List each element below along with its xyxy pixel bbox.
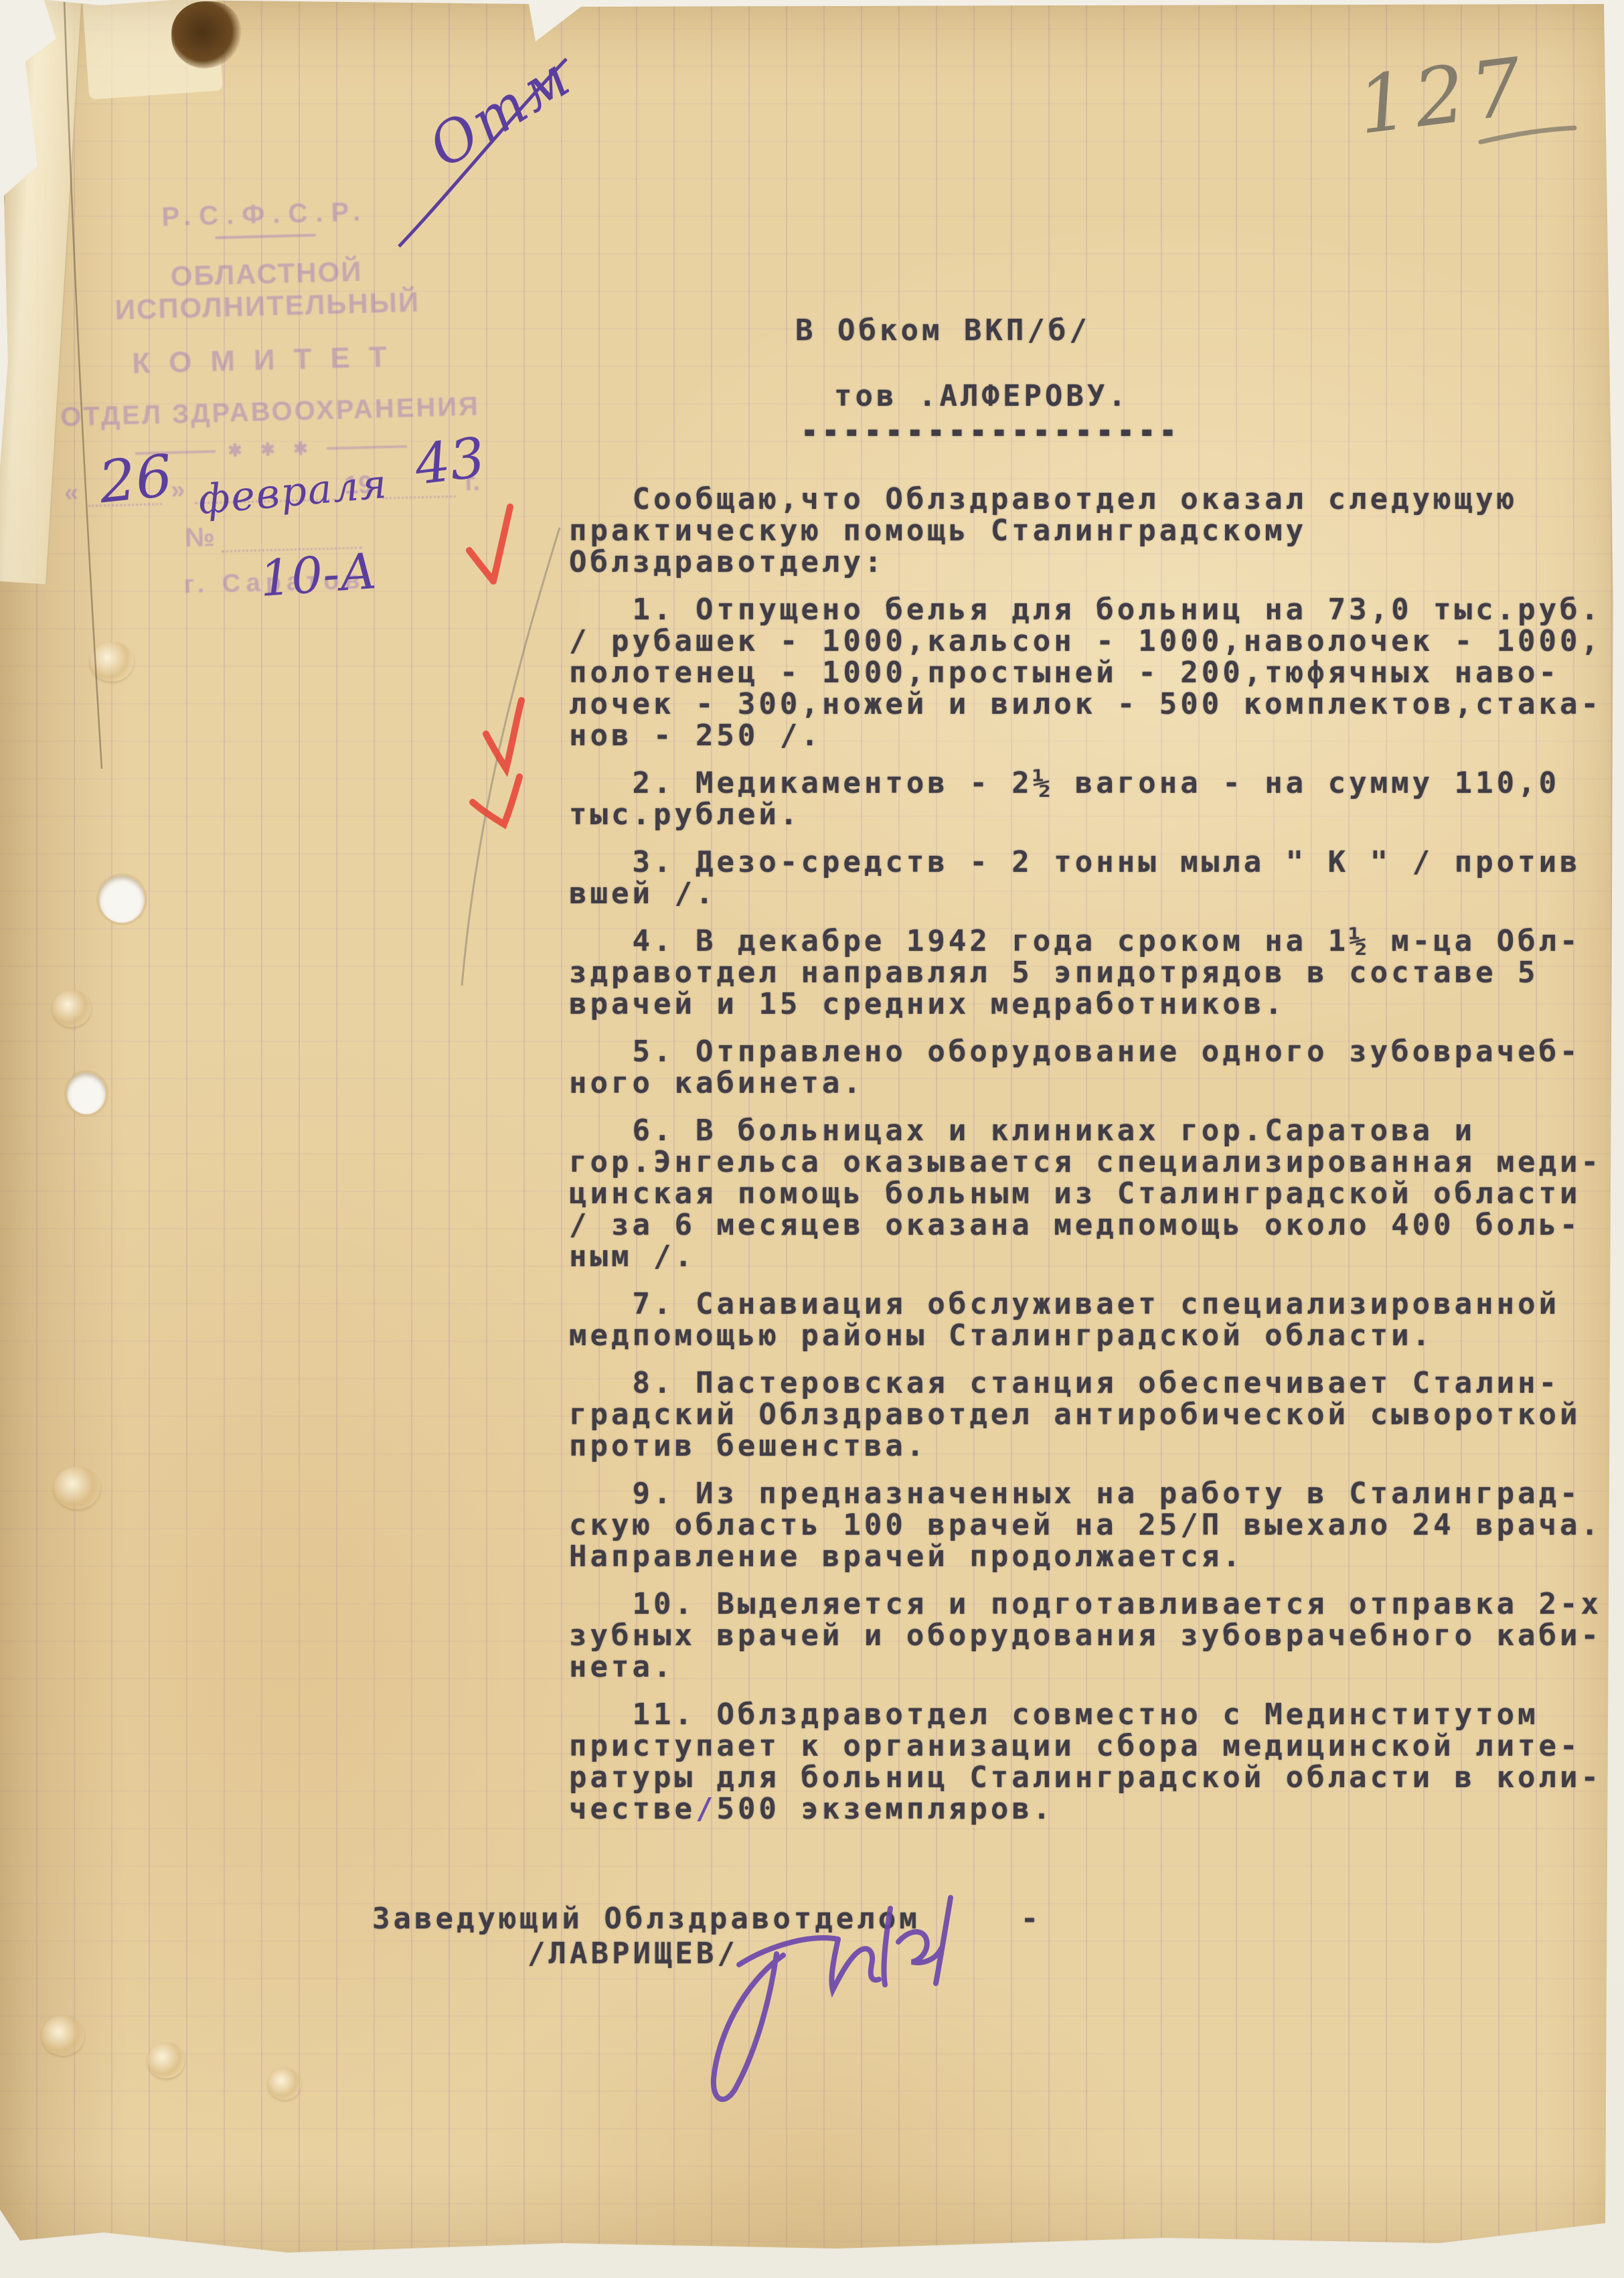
stamp-republic: Р.С.Ф.С.Р.: [27, 194, 503, 236]
paper-crease-mark: [90, 641, 134, 682]
stamp-department: ОТДЕЛ ЗДРАВООХРАНЕНИЯ: [32, 391, 508, 434]
signature-dash: -: [1021, 1902, 1042, 1937]
stain-spot: [171, 1, 241, 68]
item-5: 5. Отправлено оборудование одного зубовр…: [569, 1036, 1624, 1099]
document-page: Р.С.Ф.С.Р. ОБЛАСТНОЙ ИСПОЛНИТЕЛЬНЫЙ КОМИ…: [0, 0, 1624, 2278]
item-8: 8. Пастеровская станция обеспечивает Ста…: [569, 1367, 1624, 1462]
signature-block: Заведующий Облздравотделом - /ЛАВРИЩЕВ/: [372, 1902, 1109, 1971]
item-2: 2. Медикаментов - 2½ вагона - на сумму 1…: [569, 767, 1624, 830]
stamp-quote-open: «: [64, 479, 78, 508]
stamp-rule: [216, 234, 316, 239]
institution-stamp: Р.С.Ф.С.Р. ОБЛАСТНОЙ ИСПОЛНИТЕЛЬНЫЙ КОМИ…: [27, 194, 512, 603]
item-11-text-end: 500 экземпляров.: [716, 1792, 1054, 1826]
handwritten-day: 26: [96, 443, 175, 517]
stamp-committee-line2: КОМИТЕТ: [31, 337, 507, 384]
signature-name: /ЛАВРИЩЕВ/: [527, 1937, 1109, 1971]
item-9: 9. Из предназначенных на работу в Сталин…: [569, 1478, 1624, 1572]
paper-crease-mark: [147, 2042, 185, 2078]
intro-paragraph: Сообщаю,что Облздравотдел оказал следующ…: [569, 483, 1624, 578]
recipient-underline: ------------------: [801, 405, 1180, 457]
stamp-number-label: №: [185, 522, 216, 553]
pencil-arc: [462, 528, 560, 986]
handwritten-top-note: Отм: [418, 43, 583, 180]
paper-crease-mark: [52, 990, 91, 1027]
handwritten-year: 43: [412, 426, 489, 498]
red-checkmark-icon: [473, 777, 519, 824]
recipient-line-1: В Обком ВКП/б/: [795, 313, 1090, 348]
signature-title: Заведующий Облздравотделом: [372, 1902, 920, 1937]
stamp-committee-line1: ОБЛАСТНОЙ ИСПОЛНИТЕЛЬНЫЙ: [29, 252, 505, 329]
paper-crease-mark: [54, 1466, 100, 1509]
handwritten-reference: 10-А: [258, 542, 379, 608]
red-checkmark-icon: [486, 700, 521, 769]
item-11-violet-slash: /: [696, 1792, 717, 1826]
letter-body: Сообщаю,что Облздравотдел оказал следующ…: [569, 483, 1624, 1841]
item-1: 1. Отпущено белья для больниц на 73,0 ты…: [569, 594, 1624, 751]
page-number-pencil: 127: [1353, 40, 1534, 152]
item-11: 11. Облздравотдел совместно с Мединститу…: [569, 1699, 1624, 1825]
punch-hole: [67, 1073, 106, 1114]
item-10: 10. Выделяется и подготавливается отправ…: [569, 1588, 1624, 1683]
punch-hole: [99, 876, 145, 923]
item-3: 3. Дезо-средств - 2 тонны мыла " К " / п…: [569, 846, 1624, 909]
item-6: 6. В больницах и клиниках гор.Саратова и…: [569, 1115, 1624, 1272]
scanned-document: Р.С.Ф.С.Р. ОБЛАСТНОЙ ИСПОЛНИТЕЛЬНЫЙ КОМИ…: [0, 0, 1624, 2278]
item-4: 4. В декабре 1942 года сроком на 1½ м-ца…: [569, 925, 1624, 1020]
paper-crease-mark: [268, 2068, 301, 2100]
item-7: 7. Санавиация обслуживает специализирова…: [569, 1288, 1624, 1351]
paper-crease-mark: [42, 2016, 84, 2056]
